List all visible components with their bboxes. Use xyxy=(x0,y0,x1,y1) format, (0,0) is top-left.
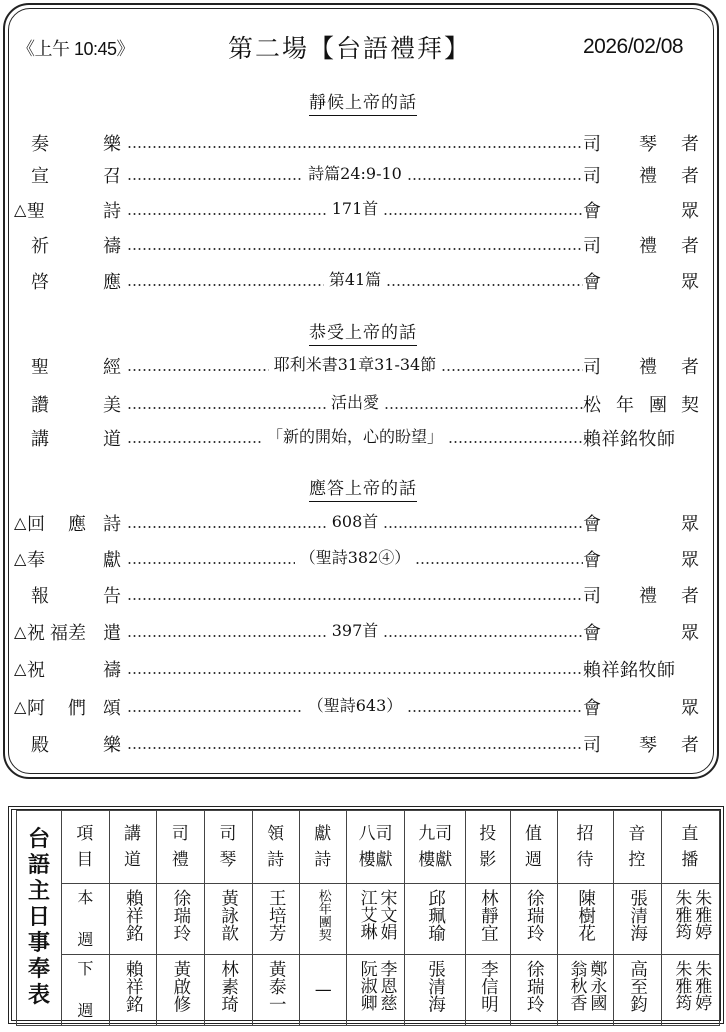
header-text: 待 xyxy=(558,847,613,873)
role-text: 賴祥銘牧師 xyxy=(583,656,676,682)
person-name: 林素琦 xyxy=(219,960,237,1013)
service-title: 第二場【台語禮拜】 xyxy=(228,29,471,65)
dot-leader xyxy=(127,656,583,680)
order-item: 讚美活出愛松年團契 xyxy=(0,391,726,421)
item-name-part: 美 xyxy=(103,391,121,417)
item-name-part: 禱 xyxy=(103,656,121,682)
role-text: 者 xyxy=(681,353,699,379)
roster-cell: 江艾琳宋文娟 xyxy=(347,884,405,955)
header-text: 影 xyxy=(466,847,510,873)
item-content: 耶利米書31章31-34節 xyxy=(269,353,442,377)
header-text: 司 xyxy=(157,821,204,847)
header-text: 播 xyxy=(662,847,719,873)
roster-cell: 高至鈞 xyxy=(614,955,662,1026)
header-text: 音 xyxy=(614,821,661,847)
order-item: 奏樂司琴者 xyxy=(0,130,726,160)
item-name-part: 祝 xyxy=(27,656,45,682)
roster-column-header: 九司樓獻 xyxy=(405,811,466,884)
header-text: 投 xyxy=(466,821,510,847)
duty-roster-table: 台語主日事奉表項目講道司禮司琴領詩獻詩八司樓獻九司樓獻投影值週招待音控直播本週賴… xyxy=(16,810,720,1026)
dots xyxy=(127,672,583,674)
roster-cell: 朱雅筠朱雅婷 xyxy=(661,955,719,1026)
service-date: 2026/02/08 xyxy=(583,35,683,59)
item-content: 第41篇 xyxy=(324,268,386,292)
service-time: 《上午 10:45》 xyxy=(17,35,134,61)
item-name-part: 告 xyxy=(103,582,121,608)
dots xyxy=(127,562,295,564)
person-name: 徐瑞玲 xyxy=(525,889,543,942)
roster-cell: 朱雅筠朱雅婷 xyxy=(661,884,719,955)
roster-cell: 賴祥銘 xyxy=(109,884,157,955)
roster-cell: 賴祥銘 xyxy=(109,955,157,1026)
person-name: 黃啟修 xyxy=(172,960,190,1013)
person-name: 李信明 xyxy=(479,960,497,1013)
item-content: （聖詩382④） xyxy=(295,546,416,570)
role-text: 琴 xyxy=(639,731,657,757)
item-name-part: 經 xyxy=(103,353,121,379)
order-item: △阿們頌（聖詩643）會眾 xyxy=(0,694,726,724)
header-text: 直 xyxy=(662,821,719,847)
person-name: 朱雅筠 xyxy=(672,889,690,940)
header-text: 控 xyxy=(614,847,661,873)
dots xyxy=(407,178,583,180)
item-name-part: 講 xyxy=(31,425,49,451)
dot-leader: 詩篇24:9-10 xyxy=(127,162,583,186)
dot-leader: 608首 xyxy=(127,510,583,534)
header-text: 樓獻 xyxy=(347,847,404,873)
person-name: 林靜宜 xyxy=(479,889,497,942)
dot-leader: 171首 xyxy=(127,197,583,221)
item-name-part: 遣 xyxy=(103,619,121,645)
dots xyxy=(127,146,583,148)
role-text: 眾 xyxy=(681,268,699,294)
section-heading: 應答上帝的話 xyxy=(0,474,726,499)
dots xyxy=(127,284,324,286)
week-label-char: 週 xyxy=(62,932,109,948)
dots xyxy=(127,710,303,712)
dots xyxy=(448,441,583,443)
triangle-marker: △ xyxy=(14,622,26,641)
role-text: 者 xyxy=(681,731,699,757)
item-role: 賴祥銘牧師 xyxy=(583,656,701,680)
item-name-part: 奉 xyxy=(27,546,45,572)
role-text: 眾 xyxy=(681,694,699,720)
duty-roster: 台語主日事奉表項目講道司禮司琴領詩獻詩八司樓獻九司樓獻投影值週招待音控直播本週賴… xyxy=(8,806,724,1024)
item-name-part: 回 xyxy=(27,510,45,536)
roster-cell: 張清海 xyxy=(614,884,662,955)
dots xyxy=(383,213,583,215)
triangle-marker: △ xyxy=(14,697,26,716)
item-name-part: 福差 xyxy=(50,619,86,645)
item-role: 司禮者 xyxy=(583,162,701,186)
dot-leader: 「新的開始，心的盼望」 xyxy=(127,425,583,449)
header-text: 禮 xyxy=(157,847,204,873)
order-item: △回應詩608首會眾 xyxy=(0,510,726,540)
roster-column-header: 司禮 xyxy=(157,811,205,884)
role-text: 禮 xyxy=(639,353,657,379)
dots xyxy=(127,747,583,749)
dots xyxy=(127,248,583,250)
header-text: 九司 xyxy=(405,821,465,847)
order-item: △祝福差遣397首會眾 xyxy=(0,619,726,649)
roster-cell: 邱珮瑜 xyxy=(405,884,466,955)
roster-column-header: 領詩 xyxy=(252,811,300,884)
dots xyxy=(127,441,262,443)
header-text: 詩 xyxy=(300,847,346,873)
dot-leader: 活出愛 xyxy=(127,391,583,415)
triangle-marker: △ xyxy=(14,513,26,532)
name-pair: 翁秋香鄭永國 xyxy=(567,960,605,1011)
name-pair: 朱雅筠朱雅婷 xyxy=(672,889,710,940)
roster-cell: 王培芳 xyxy=(252,884,300,955)
header-text: 項 xyxy=(62,821,109,847)
week-label: 本週 xyxy=(61,884,109,955)
order-item: 啓應第41篇會眾 xyxy=(0,268,726,298)
roster-cell: 黃泰一 xyxy=(252,955,300,1026)
item-name-part: 阿 xyxy=(27,694,45,720)
roster-cell: 林素琦 xyxy=(205,955,253,1026)
item-name-part: 頌 xyxy=(103,694,121,720)
person-name: 邱珮瑜 xyxy=(426,889,444,942)
role-text: 團 xyxy=(649,391,667,417)
order-item: 報告司禮者 xyxy=(0,582,726,612)
item-name-part: 奏 xyxy=(31,130,49,156)
role-text: 松 xyxy=(583,391,601,417)
person-name: 黃詠歆 xyxy=(219,889,237,942)
role-text: 琴 xyxy=(639,130,657,156)
item-role: 會眾 xyxy=(583,694,701,718)
item-content: 「新的開始，心的盼望」 xyxy=(262,425,448,449)
roster-cell: 李信明 xyxy=(466,955,511,1026)
dots xyxy=(383,635,583,637)
person-name: 高至鈞 xyxy=(628,960,646,1013)
roster-column-header: 直播 xyxy=(661,811,719,884)
item-role: 司琴者 xyxy=(583,130,701,154)
section-heading-text: 靜候上帝的話 xyxy=(309,93,417,116)
dot-leader: （聖詩382④） xyxy=(127,546,583,570)
item-content: 詩篇24:9-10 xyxy=(303,162,407,186)
dots xyxy=(415,562,583,564)
roster-row-this-week: 本週賴祥銘徐瑞玲黃詠歆王培芳松年團契江艾琳宋文娟邱珮瑜林靜宜徐瑞玲陳樹花張清海朱… xyxy=(17,884,720,955)
person-name: 朱雅婷 xyxy=(691,889,709,940)
roster-title-char: 日 xyxy=(17,905,61,931)
header-text: 值 xyxy=(511,821,557,847)
item-name-part: 詩 xyxy=(103,510,121,536)
item-role: 會眾 xyxy=(583,510,701,534)
roster-cell: 黃詠歆 xyxy=(205,884,253,955)
role-text: 司 xyxy=(583,130,601,156)
dot-leader: 第41篇 xyxy=(127,268,583,292)
person-name: 宋文娟 xyxy=(377,889,395,940)
name-pair: 江艾琳宋文娟 xyxy=(357,889,395,940)
item-name-part: 詩 xyxy=(103,197,121,223)
person-name: 朱雅婷 xyxy=(691,960,709,1011)
role-text: 者 xyxy=(681,130,699,156)
header-text: 司 xyxy=(205,821,252,847)
item-name-part: 聖 xyxy=(31,353,49,379)
dot-leader xyxy=(127,232,583,256)
role-text: 禮 xyxy=(639,582,657,608)
item-name-part: 祈 xyxy=(31,232,49,258)
dot-leader xyxy=(127,130,583,154)
section-heading-text: 應答上帝的話 xyxy=(309,479,417,502)
role-text: 者 xyxy=(681,162,699,188)
item-name-part: 祝 xyxy=(27,619,45,645)
week-label-char: 下 xyxy=(62,961,109,977)
triangle-marker: △ xyxy=(14,200,26,219)
roster-title-char: 語 xyxy=(17,853,61,879)
dots xyxy=(127,635,327,637)
roster-column-header: 投影 xyxy=(466,811,511,884)
order-item: 聖經耶利米書31章31-34節司禮者 xyxy=(0,353,726,383)
name-pair: 阮淑卿李恩慈 xyxy=(357,960,395,1011)
order-item: 宣召詩篇24:9-10司禮者 xyxy=(0,162,726,192)
item-role: 賴祥銘牧師 xyxy=(583,425,701,449)
header-text: 週 xyxy=(511,847,557,873)
item-name-part: 聖 xyxy=(27,197,45,223)
person-name: 松年團契 xyxy=(317,889,330,941)
section-heading: 靜候上帝的話 xyxy=(0,88,726,113)
item-name-part: 召 xyxy=(103,162,121,188)
item-name-part: 樂 xyxy=(103,130,121,156)
header-text: 招 xyxy=(558,821,613,847)
item-role: 司禮者 xyxy=(583,232,701,256)
person-name: 王培芳 xyxy=(267,889,285,942)
header-text: 道 xyxy=(110,847,157,873)
roster-cell: 阮淑卿李恩慈 xyxy=(347,955,405,1026)
role-text: 會 xyxy=(583,268,601,294)
role-text: 者 xyxy=(681,232,699,258)
item-name-part: 樂 xyxy=(103,731,121,757)
order-item: 殿樂司琴者 xyxy=(0,731,726,761)
roster-header-row: 台語主日事奉表項目講道司禮司琴領詩獻詩八司樓獻九司樓獻投影值週招待音控直播 xyxy=(17,811,720,884)
item-name-part: 應 xyxy=(68,510,86,536)
item-name-part: 獻 xyxy=(103,546,121,572)
dots xyxy=(127,178,303,180)
role-text: 者 xyxy=(681,582,699,608)
person-name: 李恩慈 xyxy=(377,960,395,1011)
person-name: 阮淑卿 xyxy=(357,960,375,1011)
header-text: 講 xyxy=(110,821,157,847)
roster-cell: 翁秋香鄭永國 xyxy=(557,955,613,1026)
person-name: 朱雅筠 xyxy=(672,960,690,1011)
roster-column-header: 音控 xyxy=(614,811,662,884)
item-label-header: 項目 xyxy=(61,811,109,884)
role-text: 眾 xyxy=(681,510,699,536)
header-text: 獻 xyxy=(300,821,346,847)
person-name: 張清海 xyxy=(628,889,646,942)
role-text: 禮 xyxy=(639,232,657,258)
item-name-part: 應 xyxy=(103,268,121,294)
person-name: 徐瑞玲 xyxy=(172,889,190,942)
dots xyxy=(127,369,269,371)
dots xyxy=(127,598,583,600)
order-item: △祝禱賴祥銘牧師 xyxy=(0,656,726,686)
item-role: 司琴者 xyxy=(583,731,701,755)
item-name-part: 們 xyxy=(68,694,86,720)
header-text: 琴 xyxy=(205,847,252,873)
header-text: 樓獻 xyxy=(405,847,465,873)
header-text: 八司 xyxy=(347,821,404,847)
item-content: 397首 xyxy=(327,619,384,643)
roster-cell: 徐瑞玲 xyxy=(157,884,205,955)
roster-cell: 張清海 xyxy=(405,955,466,1026)
roster-title-char: 台 xyxy=(17,827,61,853)
item-name-part: 殿 xyxy=(31,731,49,757)
dot-leader xyxy=(127,582,583,606)
week-label-char: 本 xyxy=(62,890,109,906)
roster-cell: 徐瑞玲 xyxy=(511,884,558,955)
week-label: 下週 xyxy=(61,955,109,1026)
role-text: 會 xyxy=(583,694,601,720)
role-text: 司 xyxy=(583,731,601,757)
roster-cell: 松年團契 xyxy=(300,884,347,955)
item-name-part: 讚 xyxy=(31,391,49,417)
roster-cell: 林靜宜 xyxy=(466,884,511,955)
item-name-part: 禱 xyxy=(103,232,121,258)
item-role: 會眾 xyxy=(583,546,701,570)
role-text: 司 xyxy=(583,582,601,608)
person-name: 賴祥銘 xyxy=(124,889,142,942)
dots xyxy=(441,369,583,371)
roster-cell: 黃啟修 xyxy=(157,955,205,1026)
person-name: 江艾琳 xyxy=(357,889,375,940)
role-text: 年 xyxy=(616,391,634,417)
item-role: 會眾 xyxy=(583,619,701,643)
section-heading-text: 恭受上帝的話 xyxy=(309,323,417,346)
order-item: △聖詩171首會眾 xyxy=(0,197,726,227)
role-text: 會 xyxy=(583,510,601,536)
triangle-marker: △ xyxy=(14,659,26,678)
role-text: 眾 xyxy=(681,197,699,223)
item-name-part: 道 xyxy=(103,425,121,451)
item-name-part: 啓 xyxy=(31,268,49,294)
empty-dash: — xyxy=(315,980,332,1000)
roster-column-header: 值週 xyxy=(511,811,558,884)
header-text: 詩 xyxy=(253,847,300,873)
item-content: 171首 xyxy=(327,197,384,221)
roster-column-header: 司琴 xyxy=(205,811,253,884)
dot-leader xyxy=(127,731,583,755)
person-name: 鄭永國 xyxy=(586,960,604,1011)
person-name: 黃泰一 xyxy=(267,960,285,1013)
dots xyxy=(384,407,583,409)
role-text: 眾 xyxy=(681,619,699,645)
dot-leader: （聖詩643） xyxy=(127,694,583,718)
item-name-part: 宣 xyxy=(31,162,49,188)
item-role: 會眾 xyxy=(583,197,701,221)
roster-title: 台語主日事奉表 xyxy=(17,811,62,1026)
name-pair: 朱雅筠朱雅婷 xyxy=(672,960,710,1011)
dots xyxy=(383,526,583,528)
item-role: 司禮者 xyxy=(583,353,701,377)
person-name: 徐瑞玲 xyxy=(525,960,543,1013)
roster-column-header: 招待 xyxy=(557,811,613,884)
role-text: 會 xyxy=(583,546,601,572)
item-role: 會眾 xyxy=(583,268,701,292)
role-text: 禮 xyxy=(639,162,657,188)
person-name: 賴祥銘 xyxy=(124,960,142,1013)
role-text: 司 xyxy=(583,232,601,258)
order-item: △奉獻（聖詩382④）會眾 xyxy=(0,546,726,576)
dots xyxy=(127,526,327,528)
week-label-char: 週 xyxy=(62,1003,109,1019)
roster-title-char: 事 xyxy=(17,931,61,957)
triangle-marker: △ xyxy=(14,549,26,568)
roster-title-char: 主 xyxy=(17,879,61,905)
roster-column-header: 講道 xyxy=(109,811,157,884)
roster-cell: 徐瑞玲 xyxy=(511,955,558,1026)
item-content: （聖詩643） xyxy=(303,694,408,718)
item-role: 松年團契 xyxy=(583,391,701,415)
dots xyxy=(407,710,583,712)
role-text: 會 xyxy=(583,197,601,223)
item-content: 608首 xyxy=(327,510,384,534)
item-name-part: 報 xyxy=(31,582,49,608)
role-text: 司 xyxy=(583,162,601,188)
role-text: 賴祥銘牧師 xyxy=(583,425,676,451)
item-role: 司禮者 xyxy=(583,582,701,606)
role-text: 眾 xyxy=(681,546,699,572)
roster-column-header: 獻詩 xyxy=(300,811,347,884)
roster-title-char: 表 xyxy=(17,983,61,1009)
role-text: 司 xyxy=(583,353,601,379)
section-heading: 恭受上帝的話 xyxy=(0,318,726,343)
roster-cell: 陳樹花 xyxy=(557,884,613,955)
roster-column-header: 八司樓獻 xyxy=(347,811,405,884)
person-name: 翁秋香 xyxy=(567,960,585,1011)
roster-cell: — xyxy=(300,955,347,1026)
dots xyxy=(127,407,326,409)
dot-leader: 397首 xyxy=(127,619,583,643)
role-text: 會 xyxy=(583,619,601,645)
order-item: 講道「新的開始，心的盼望」賴祥銘牧師 xyxy=(0,425,726,455)
header-text: 領 xyxy=(253,821,300,847)
roster-title-char: 奉 xyxy=(17,957,61,983)
roster-row-next-week: 下週賴祥銘黃啟修林素琦黃泰一—阮淑卿李恩慈張清海李信明徐瑞玲翁秋香鄭永國高至鈞朱… xyxy=(17,955,720,1026)
person-name: 張清海 xyxy=(426,960,444,1013)
header-text: 目 xyxy=(62,847,109,873)
dots xyxy=(127,213,327,215)
dot-leader: 耶利米書31章31-34節 xyxy=(127,353,583,377)
item-content: 活出愛 xyxy=(326,391,384,415)
person-name: 陳樹花 xyxy=(576,889,594,942)
order-item: 祈禱司禮者 xyxy=(0,232,726,262)
role-text: 契 xyxy=(681,391,699,417)
dots xyxy=(386,284,583,286)
